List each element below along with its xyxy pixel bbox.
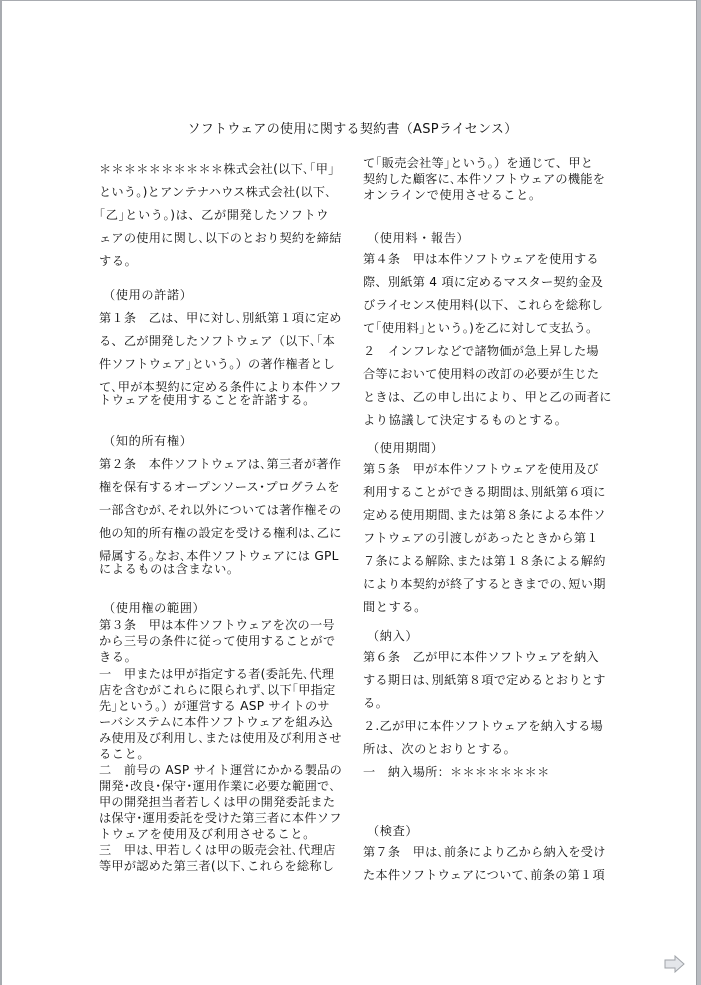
body-text-line: る｡ [363, 695, 382, 711]
body-text-line: びライセンス使用料(以下、これらを総称し [363, 297, 603, 313]
section-heading: （使用料・報告） [367, 230, 469, 246]
body-text-line: 他の知的所有権の設定を受ける権利は､乙に [99, 525, 342, 541]
body-text-line: 一部含むが､それ以外については著作権その [99, 502, 341, 518]
body-text-line: ｢乙｣という｡)は、乙が開発したソフトウ [99, 207, 329, 223]
body-text-line: 店を含むがこれらに限られず､以下｢甲指定 [99, 682, 336, 698]
body-text-line: 利用することができる期間は､別紙第６項に [363, 484, 606, 500]
body-text-line: 三 甲は､甲若しくは甲の販売会社､代理店 [99, 842, 336, 858]
body-text-line: 第２条 本件ソフトウェアは､第三者が著作 [99, 456, 341, 472]
body-text-line: 第４条 甲は本件ソフトウェアを使用する [363, 251, 599, 267]
body-text-line: 所は、次のとおりとする｡ [363, 741, 510, 757]
body-text-line: 件ソフトウェア｣という｡）の著作権者とし [99, 356, 335, 372]
body-text-line: する期日は､別紙第８項で定めるとおりとす [363, 672, 606, 688]
body-text-line: 等甲が認めた第三者(以下､これらを総称し [99, 858, 334, 874]
body-text-line: 権を保有するオープンソース･プログラムを [99, 479, 340, 495]
body-text-line: て｢使用料｣という｡)を乙に対して支払う。 [363, 320, 598, 336]
section-heading: （知的所有権） [103, 433, 193, 449]
body-text-line: から三号の条件に従って使用することがで [99, 633, 335, 649]
body-text-line: トウェアを使用及び利用させること｡ [99, 826, 310, 842]
body-text-line: オンラインで使用させること｡ [363, 187, 536, 203]
page-frame-right-scrollbar[interactable] [696, 0, 701, 985]
body-text-line: み使用及び利用し､または使用及び利用させ [99, 730, 342, 746]
body-text-line: 第３条 甲は本件ソフトウェアを次の一号 [99, 617, 335, 633]
body-text-line: ２ インフレなどで諸物価が急上昇した場 [363, 343, 599, 359]
document-title: ソフトウェアの使用に関する契約書（ASPライセンス） [2, 118, 701, 137]
body-text-line: きる｡ [99, 649, 131, 665]
body-text-line: という｡)とアンテナハウス株式会社(以下､ [99, 184, 332, 200]
body-text-line: ７条による解除､または第１８条による解約 [363, 553, 606, 569]
body-text-line: により本契約が終了するときまでの､短い期 [363, 576, 606, 592]
body-text-line: 合等において使用料の改訂の必要が生じた [363, 366, 599, 382]
body-text-line: フトウェアの引渡しがあったときから第１ [363, 530, 599, 546]
body-text-line: 契約した顧客に､本件ソフトウェアの機能を [363, 171, 605, 187]
section-heading: （使用の許諾） [103, 287, 193, 303]
section-heading: （使用期間） [367, 440, 444, 456]
body-text-line: ２.乙が甲に本件ソフトウェアを納入する場 [363, 718, 603, 734]
body-text-line: ＊＊＊＊＊＊＊＊＊＊株式会社(以下､｢甲｣ [99, 161, 334, 177]
body-text-line: 定める使用期間､または第８条による本件ソ [363, 507, 606, 523]
section-heading: （納入） [367, 628, 418, 644]
body-text-line: する｡ [99, 253, 131, 269]
body-text-line: 際、別紙第 4 項に定めるマスター契約金及 [363, 274, 603, 290]
body-text-line: トウェアを使用することを許諾する｡ [99, 392, 310, 408]
body-text-line: は保守･運用委託を受けた第三者に本件ソフ [99, 810, 342, 826]
body-text-line: 甲の開発担当者若しくは甲の開発委託また [99, 794, 335, 810]
body-text-line: 開発･改良･保守･運用作業に必要な範囲で､ [99, 778, 336, 794]
document-page: ソフトウェアの使用に関する契約書（ASPライセンス） ＊＊＊＊＊＊＊＊＊＊株式会… [2, 1, 696, 985]
body-text-line: 第６条 乙が甲に本件ソフトウェアを納入 [363, 649, 599, 665]
right-arrow-icon [664, 955, 686, 973]
body-text-line: より協議して決定するものとする。 [363, 412, 568, 428]
body-text-line: ーバシステムに本件ソフトウェアを組み込 [99, 714, 333, 730]
body-text-line: 二 前号の ASP サイト運営にかかる製品の [99, 762, 342, 778]
body-text-line: ェアの使用に関し､以下のとおり契約を締結 [99, 230, 342, 246]
body-text-line: て｢販売会社等｣という｡）を通じて、甲と [363, 155, 593, 171]
body-text-line: ときは、乙の申し出により、甲と乙の両者に [363, 389, 612, 405]
body-text-line: 一 納入場所：＊＊＊＊＊＊＊＊ [363, 764, 550, 780]
body-text-line: 第５条 甲が本件ソフトウェアを使用及び [363, 461, 599, 477]
section-heading: （使用権の範囲） [103, 600, 205, 616]
body-text-line: 先｣という｡）が運営する ASP サイトのサ [99, 698, 330, 714]
body-text-line: 間とする｡ [363, 599, 421, 615]
next-page-button[interactable] [664, 955, 686, 973]
body-text-line: によるものは含まない｡ [99, 561, 234, 577]
body-text-line: 第７条 甲は､前条により乙から納入を受け [363, 844, 606, 860]
body-text-line: 一 甲または甲が指定する者(委託先､代理 [99, 666, 334, 682]
body-text-line: た本件ソフトウェアについて､前条の第１項 [363, 867, 605, 883]
body-text-line: ること｡ [99, 746, 144, 762]
body-text-line: 第１条 乙は、甲に対し､別紙第１項に定め [99, 310, 342, 326]
body-text-line: る、乙が開発したソフトウェア（以下､｢本 [99, 333, 335, 349]
section-heading: （検査） [367, 823, 418, 839]
